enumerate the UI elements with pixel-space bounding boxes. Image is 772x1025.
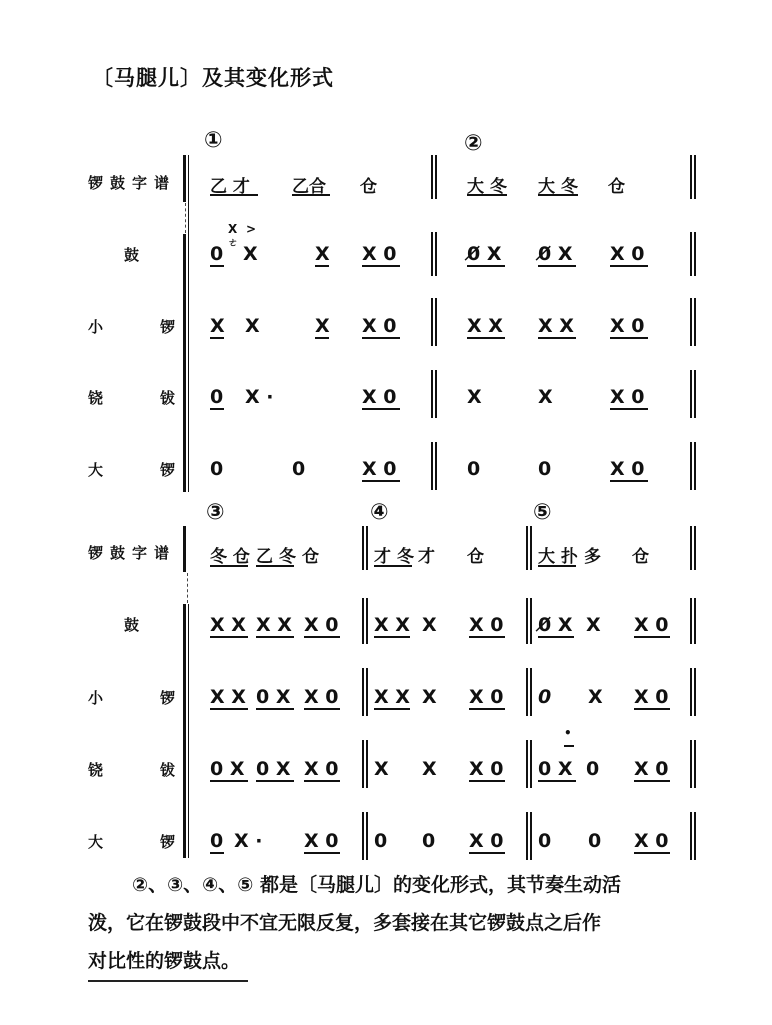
da-luo-note: 0 (292, 458, 305, 480)
grace-sub: ㄜ (228, 234, 238, 249)
beam (374, 708, 410, 710)
beam (610, 480, 648, 482)
zipu-beat: 才 (418, 542, 435, 567)
section-number-5: ⑤ (533, 500, 552, 525)
section-number-2: ② (464, 131, 483, 156)
da-luo-note: 0 (422, 830, 435, 852)
gu-note: X 0 (362, 243, 396, 265)
da-luo-note: 0 (588, 830, 601, 852)
paragraph-line-2: 泼，它在锣鼓段中不宜无限反复，多套接在其它锣鼓点之后作 (88, 904, 708, 942)
gu-note: X X (374, 614, 410, 636)
gu-note: X (243, 243, 258, 265)
xiao-luo-note: X 0 (610, 315, 644, 337)
zipu-beat: 仓 (360, 172, 377, 197)
nao-bo-note: X · (245, 386, 273, 408)
xiao-luo-note: 0 (538, 686, 551, 708)
beam (210, 265, 224, 267)
nao-bo-note: 0 X (210, 758, 244, 780)
tenuto-mark (564, 745, 574, 747)
da-luo-note: X 0 (362, 458, 396, 480)
beam (538, 265, 576, 267)
xiao-luo-note: X (245, 315, 260, 337)
nao-bo-note: X 0 (304, 758, 338, 780)
section-number-3: ③ (206, 500, 225, 525)
beam (210, 565, 248, 567)
da-luo-note: 0 (210, 458, 223, 480)
beam (304, 780, 340, 782)
beam (362, 408, 400, 410)
beam (210, 636, 248, 638)
zipu-beat: 仓 (608, 172, 625, 197)
zipu-beat: 大 扑 (538, 542, 578, 567)
beam (210, 408, 224, 410)
system-bracket-inner-lower (188, 604, 189, 858)
section-divider (88, 980, 248, 982)
row-label-gu-upper: 鼓 (124, 244, 139, 265)
beam (469, 852, 505, 854)
beam (634, 708, 670, 710)
da-luo-note: 0 (538, 830, 551, 852)
da-luo-note: X 0 (610, 458, 644, 480)
beam (610, 408, 648, 410)
beam (634, 780, 670, 782)
system-bracket-dashed-lower (187, 573, 188, 603)
gu-note: X (586, 614, 601, 636)
da-luo-note: X 0 (304, 830, 338, 852)
xiao-luo-note: X 0 (469, 686, 503, 708)
beam (315, 337, 329, 339)
xiao-luo-note: X X (467, 315, 503, 337)
row-label-gu-lower: 鼓 (124, 614, 139, 635)
xiao-luo-note: X X (210, 686, 246, 708)
explanation-paragraph: ②、③、④、⑤ 都是〔马腿儿〕的变化形式，其节奏生动活 泼，它在锣鼓段中不宜无限… (88, 866, 708, 980)
gu-note: X 0 (634, 614, 668, 636)
section-number-1: ① (204, 128, 223, 153)
xiao-luo-note: 0 X (256, 686, 290, 708)
system-bracket-dashed-upper (185, 203, 186, 233)
beam (256, 565, 294, 567)
beam (538, 337, 576, 339)
nao-bo-note: 0 (210, 386, 223, 408)
system-bracket-top-lower (183, 526, 186, 572)
beam (469, 708, 505, 710)
nao-bo-note: X 0 (634, 758, 668, 780)
xiao-luo-note: X (315, 315, 330, 337)
beam (210, 708, 248, 710)
beam (469, 780, 505, 782)
da-luo-note: X 0 (469, 830, 503, 852)
beam (210, 852, 224, 854)
paragraph-line-3: 对比性的锣鼓点。 (88, 942, 708, 980)
xiao-luo-note: X (210, 315, 225, 337)
zipu-beat: 冬 仓 (210, 542, 250, 567)
gu-note: X X (210, 614, 246, 636)
system-bracket-inner-upper (188, 155, 189, 492)
gu-note: X 0 (304, 614, 338, 636)
xiao-luo-note: X X (374, 686, 410, 708)
system-bracket-top-upper (183, 155, 186, 202)
gu-note: X (422, 614, 437, 636)
beam (362, 480, 400, 482)
beam (469, 636, 505, 638)
beam (538, 194, 578, 196)
beam (362, 337, 400, 339)
nao-bo-note: X 0 (469, 758, 503, 780)
beam (210, 337, 224, 339)
beam (304, 708, 340, 710)
nao-bo-note: X (374, 758, 389, 780)
nao-bo-note: X 0 (362, 386, 396, 408)
gu-note: 0̸ X (467, 243, 501, 265)
zipu-beat: 仓 (632, 542, 649, 567)
beam (467, 194, 507, 196)
nao-bo-note: X (538, 386, 553, 408)
beam (467, 265, 505, 267)
beam (292, 194, 330, 196)
beam (304, 636, 340, 638)
beam (256, 636, 294, 638)
system-bracket-upper (183, 234, 186, 492)
nao-bo-note: 0 X (538, 758, 572, 780)
beam (256, 780, 294, 782)
section-number-4: ④ (370, 500, 389, 525)
paragraph-line-1: ②、③、④、⑤ 都是〔马腿儿〕的变化形式，其节奏生动活 (132, 874, 621, 896)
xiao-luo-note: X 0 (304, 686, 338, 708)
beam (634, 852, 670, 854)
beam (538, 636, 574, 638)
beam (210, 780, 248, 782)
da-luo-note: 0 (210, 830, 223, 852)
system-bracket-lower (183, 604, 186, 858)
beam (256, 708, 294, 710)
beam (374, 565, 412, 567)
zipu-beat: 仓 (302, 542, 319, 567)
beam (538, 565, 576, 567)
beam (315, 265, 329, 267)
beam (374, 636, 410, 638)
zipu-beat: 才 冬 (374, 542, 414, 567)
da-luo-note: 0 (467, 458, 480, 480)
zipu-beat: 多 (584, 542, 601, 567)
nao-bo-note: 0 (586, 758, 599, 780)
da-luo-note: 0 (374, 830, 387, 852)
gu-note: 0̸ X (538, 243, 572, 265)
accent-mark: > (246, 222, 256, 236)
beam (210, 194, 258, 196)
page-title: 〔马腿儿〕及其变化形式 (92, 62, 334, 92)
gu-note: X X (256, 614, 292, 636)
gu-note: X 0 (610, 243, 644, 265)
gu-note: X 0 (469, 614, 503, 636)
da-luo-note: 0 (538, 458, 551, 480)
nao-bo-note: X (467, 386, 482, 408)
xiao-luo-note: X (588, 686, 603, 708)
zipu-beat: 仓 (467, 542, 484, 567)
xiao-luo-note: X 0 (362, 315, 396, 337)
gu-note: X (315, 243, 330, 265)
beam (610, 337, 648, 339)
accent-dot: • (564, 726, 572, 740)
da-luo-note: X · (234, 830, 262, 852)
beam (304, 852, 340, 854)
xiao-luo-note: X X (538, 315, 574, 337)
beam (362, 265, 400, 267)
beam (610, 265, 648, 267)
nao-bo-note: X (422, 758, 437, 780)
nao-bo-note: X 0 (610, 386, 644, 408)
xiao-luo-note: X 0 (634, 686, 668, 708)
beam (538, 780, 576, 782)
zipu-beat: 乙 冬 (256, 542, 296, 567)
beam (467, 337, 505, 339)
nao-bo-note: 0 X (256, 758, 290, 780)
gu-note: 0̸ X (538, 614, 572, 636)
da-luo-note: X 0 (634, 830, 668, 852)
beam (634, 636, 670, 638)
xiao-luo-note: X (422, 686, 437, 708)
gu-note: 0 (210, 243, 223, 265)
